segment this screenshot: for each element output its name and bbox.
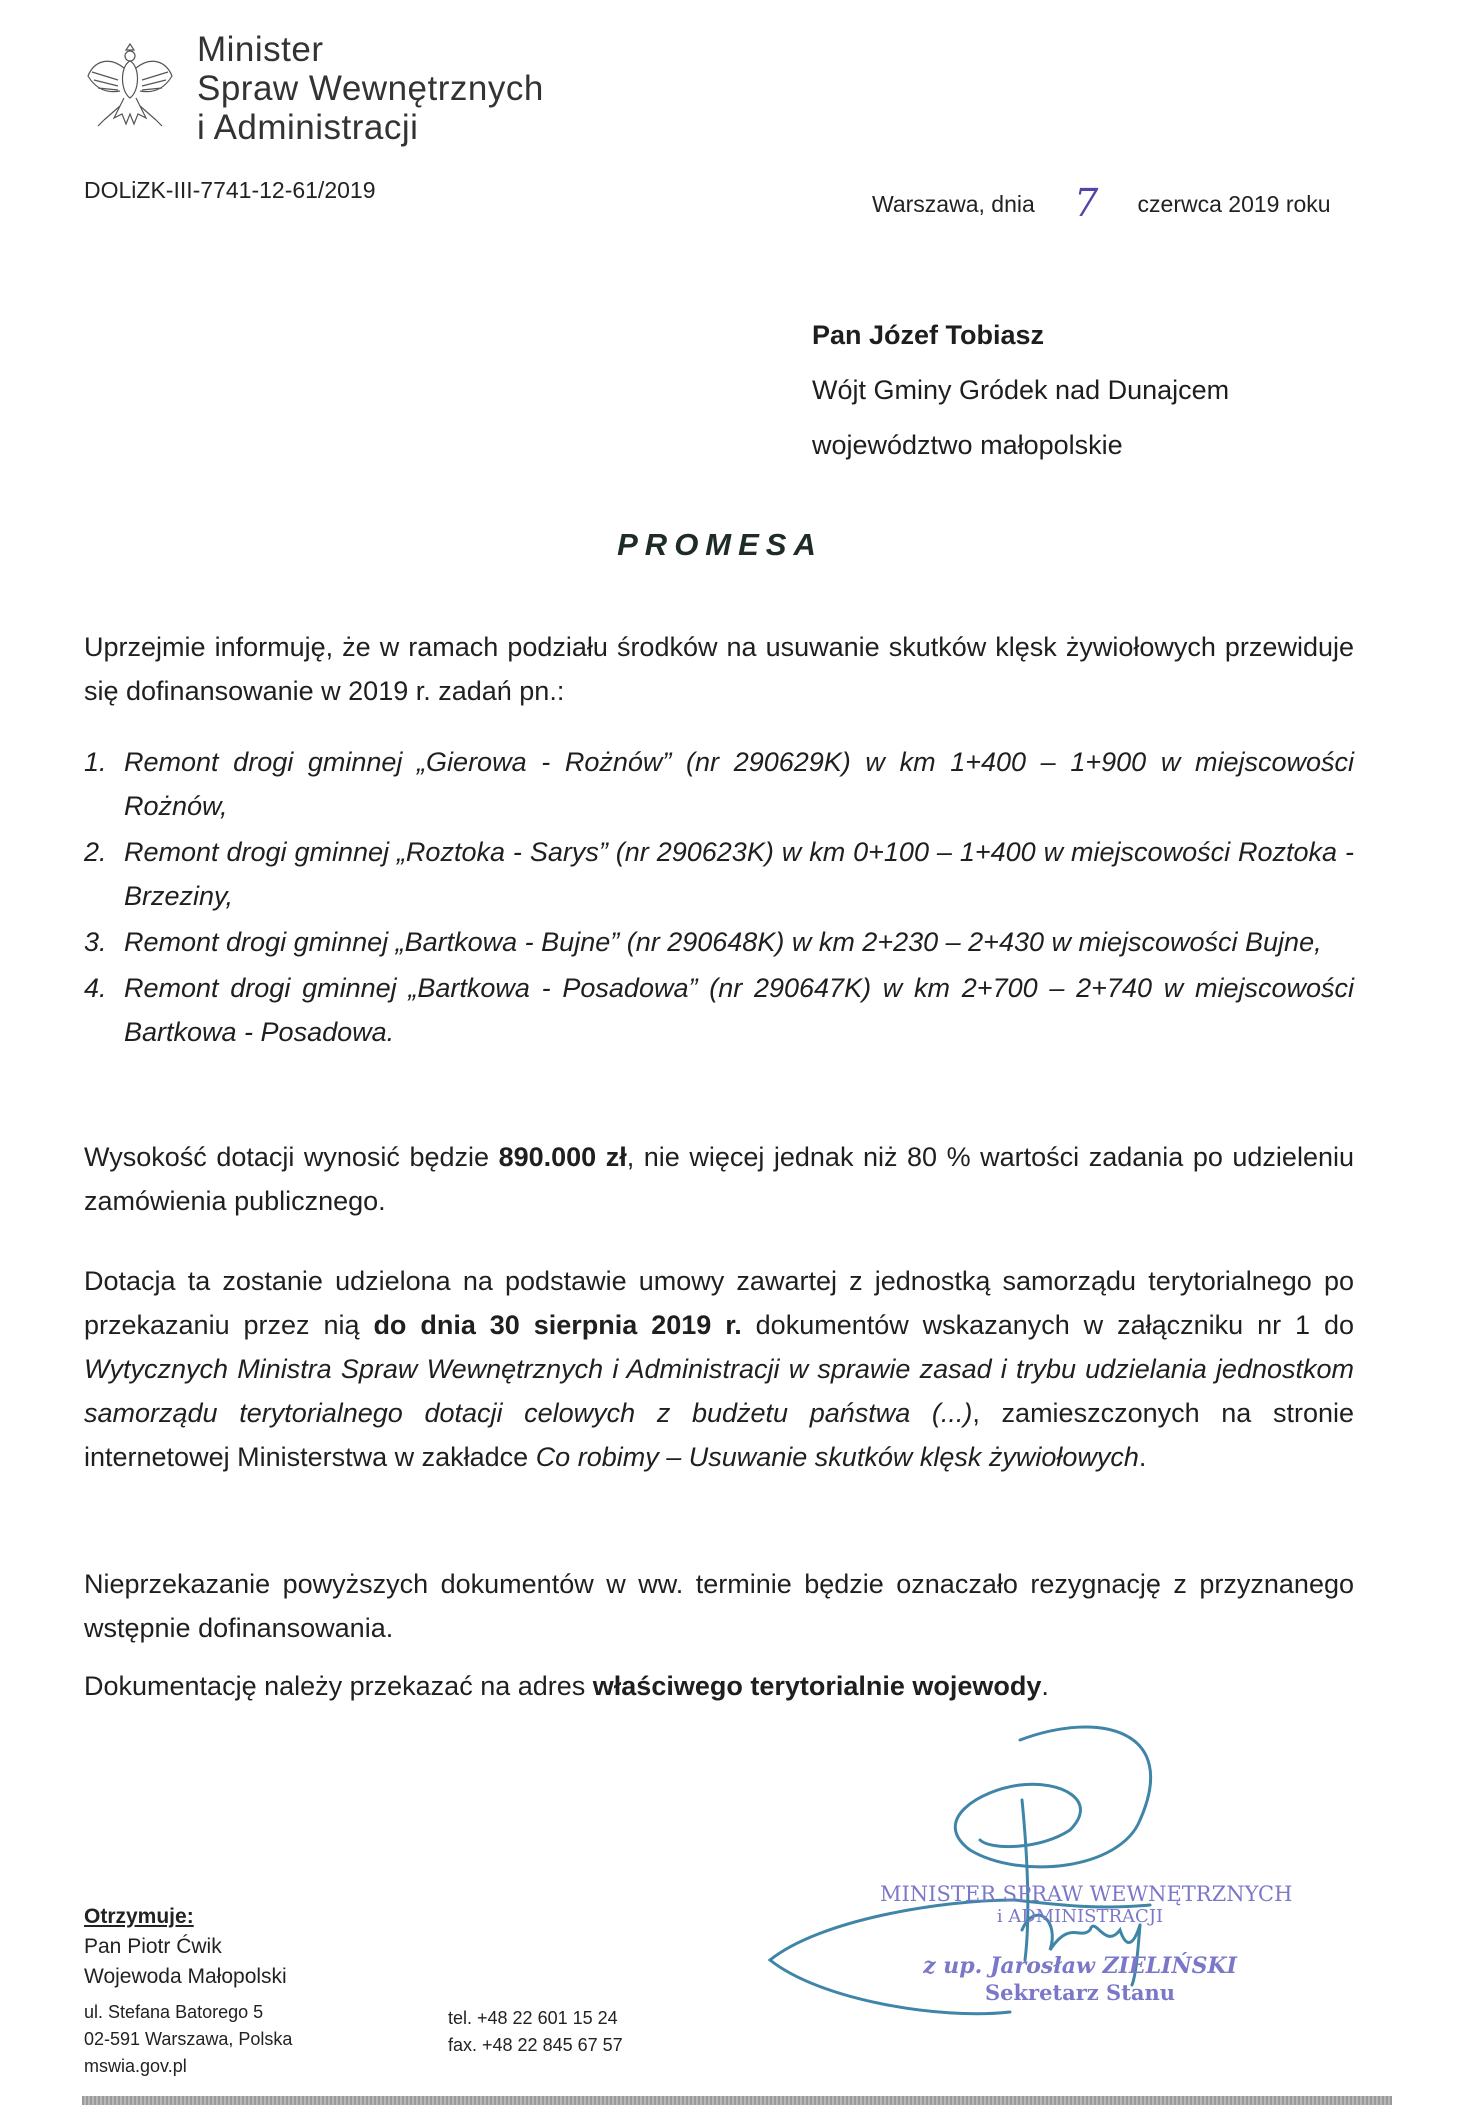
task-text: Remont drogi gminnej „Bartkowa - Posadow…: [124, 973, 1354, 1047]
fax-number: fax. +48 22 845 67 57: [448, 2032, 623, 2059]
footer-divider: [82, 2096, 1392, 2105]
ministry-line-1: Minister: [197, 30, 544, 69]
task-text: Remont drogi gminnej „Bartkowa - Bujne” …: [124, 927, 1322, 957]
task-item: 3.Remont drogi gminnej „Bartkowa - Bujne…: [84, 920, 1354, 964]
task-item: 4.Remont drogi gminnej „Bartkowa - Posad…: [84, 966, 1354, 1054]
document-title: PROMESA: [0, 527, 1440, 563]
recipient-name: Pan Piotr Ćwik: [84, 1932, 287, 1962]
grant-amount: 890.000 zł: [499, 1142, 627, 1172]
stamp-title: Sekretarz Stanu: [880, 1980, 1280, 2006]
recipients-block: Otrzymuje: Pan Piotr Ćwik Wojewoda Małop…: [84, 1902, 287, 1992]
date-day-handwritten: 7: [1041, 181, 1131, 225]
task-number: 4.: [84, 966, 107, 1010]
address-line-2: 02-591 Warszawa, Polska: [84, 2026, 292, 2053]
date-suffix: czerwca 2019 roku: [1138, 191, 1331, 217]
website-link[interactable]: mswia.gov.pl: [84, 2053, 292, 2080]
task-text: Remont drogi gminnej „Roztoka - Sarys” (…: [124, 837, 1354, 911]
reference-number: DOLiZK-III-7741-12-61/2019: [84, 177, 376, 204]
stamp-signatory: z up. Jarosław ZIELIŃSKI: [880, 1952, 1280, 1980]
official-stamp: MINISTER SPRAW WEWNĘTRZNYCH i ADMINISTRA…: [880, 1882, 1280, 2006]
task-item: 1.Remont drogi gminnej „Gierowa - Rożnów…: [84, 740, 1354, 828]
recipients-label: Otrzymuje:: [84, 1902, 287, 1932]
submission-recipient: właściwego terytorialnie wojewody: [593, 1671, 1042, 1701]
stamp-line-1: MINISTER SPRAW WEWNĘTRZNYCH: [880, 1882, 1280, 1906]
addressee-name: Pan Józef Tobiasz: [812, 308, 1229, 363]
date-line: Warszawa, dnia 7 czerwca 2019 roku: [872, 177, 1331, 221]
task-text: Remont drogi gminnej „Gierowa - Rożnów” …: [124, 747, 1354, 821]
grant-text-4: .: [1139, 1442, 1147, 1472]
ministry-line-3: i Administracji: [197, 108, 544, 147]
ministry-address: ul. Stefana Batorego 5 02-591 Warszawa, …: [84, 1999, 292, 2080]
deadline: do dnia 30 sierpnia 2019 r.: [373, 1310, 741, 1340]
amount-text-before: Wysokość dotacji wynosić będzie: [84, 1142, 499, 1172]
task-number: 3.: [84, 920, 107, 964]
grant-text-2: dokumentów wskazanych w załączniku nr 1 …: [742, 1310, 1354, 1340]
task-number: 2.: [84, 830, 107, 874]
grant-paragraph: Dotacja ta zostanie udzielona na podstaw…: [84, 1259, 1354, 1479]
ministry-line-2: Spraw Wewnętrznych: [197, 69, 544, 108]
submission-text-after: .: [1041, 1671, 1049, 1701]
website-tab-path: Co robimy – Usuwanie skutków klęsk żywio…: [536, 1442, 1139, 1472]
failure-paragraph: Nieprzekazanie powyższych dokumentów w w…: [84, 1562, 1354, 1650]
task-number: 1.: [84, 740, 107, 784]
address-line-1: ul. Stefana Batorego 5: [84, 1999, 292, 2026]
stamp-line-2: i ADMINISTRACJI: [880, 1906, 1280, 1928]
task-item: 2.Remont drogi gminnej „Roztoka - Sarys”…: [84, 830, 1354, 918]
addressee-block: Pan Józef Tobiasz Wójt Gminy Gródek nad …: [812, 308, 1229, 473]
ministry-name: Minister Spraw Wewnętrznych i Administra…: [197, 30, 544, 147]
addressee-position: Wójt Gminy Gródek nad Dunajcem: [812, 363, 1229, 418]
polish-eagle-emblem-icon: [84, 36, 176, 136]
phone-number: tel. +48 22 601 15 24: [448, 2005, 623, 2032]
intro-paragraph: Uprzejmie informuję, że w ramach podział…: [84, 625, 1354, 713]
date-prefix: Warszawa, dnia: [872, 191, 1035, 217]
amount-paragraph: Wysokość dotacji wynosić będzie 890.000 …: [84, 1135, 1354, 1223]
addressee-region: województwo małopolskie: [812, 418, 1229, 473]
ministry-contact: tel. +48 22 601 15 24 fax. +48 22 845 67…: [448, 2005, 623, 2059]
recipient-position: Wojewoda Małopolski: [84, 1962, 287, 1992]
submission-text-before: Dokumentację należy przekazać na adres: [84, 1671, 593, 1701]
task-list: 1.Remont drogi gminnej „Gierowa - Rożnów…: [84, 740, 1354, 1056]
